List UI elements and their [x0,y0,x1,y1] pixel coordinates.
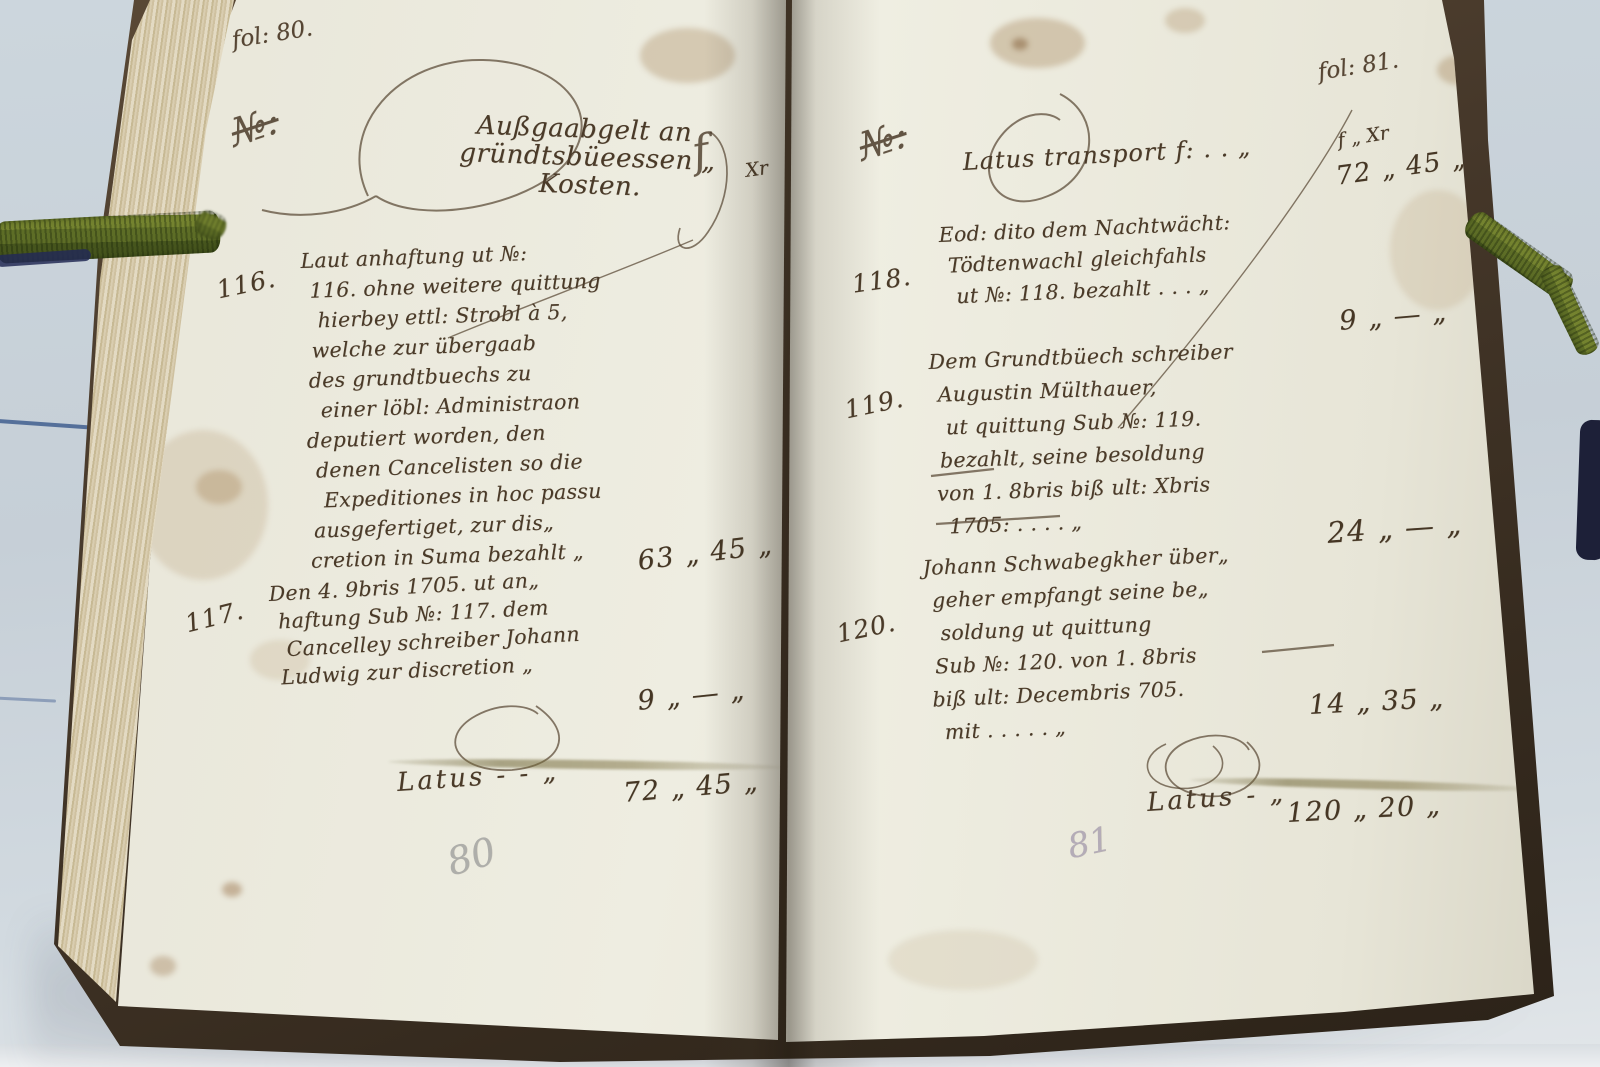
folio-label: fol: 80. [230,15,314,53]
entry-number: 120. [834,608,898,649]
latus-label: Latus - „ [1146,778,1287,818]
entry-amount: 9 „ — „ [636,675,747,717]
pencil-folio-number: 81 [1064,819,1115,867]
entry-text: Den 4. 9bris 1705. ut an„haftung Sub №: … [268,564,582,692]
entry-amount: 9 „ — „ [1338,297,1449,337]
table-seam-line [0,696,56,702]
entry-number: 119. [842,384,906,425]
latus-amount: 120 „ 20 „ [1286,790,1442,829]
currency-header: f „ Xr [1336,122,1390,152]
entry-text: Eod: dito dem Nachtwächt:Tödtenwachl gle… [938,207,1234,313]
no-symbol: №: [228,97,282,156]
stain [888,930,1038,990]
stain [1012,38,1028,50]
stain [640,28,735,83]
entry-text: Laut anhaftung ut №:116. ohne weitere qu… [300,236,611,576]
stain [150,956,176,976]
stain [222,882,242,897]
entry-number: 116. [214,264,278,305]
pencil-folio-number: 80 [442,829,501,885]
latus-amount: 72 „ 45 „ [622,766,760,809]
entry-number: 118. [850,262,913,299]
stain [196,470,242,504]
currency-kreuzer-header: Xr [744,157,769,182]
entry-amount: 24 „ — „ [1326,507,1464,550]
ribbon-tie-right-dark-end [1576,420,1600,561]
latus-transport-label: Latus transport f: . . „ [962,133,1252,176]
entry-text: Johann Schwabegkher über„geher empfangt … [922,539,1237,750]
entry-amount: 14 „ 35 „ [1308,683,1445,721]
stain [1165,8,1205,33]
entry-text: Dem Grundtbüech schreiberAugustin Mültha… [928,335,1239,544]
entry-amount: 63 „ 45 „ [636,529,775,576]
entry-number: 117. [182,596,247,639]
photo-of-open-ledger: fol: 80. №: Außgaabgelt angründtsbüeesse… [0,0,1600,1067]
stain [990,18,1085,68]
transport-amount: 72 „ 45 „ [1334,144,1468,192]
no-symbol: №: [856,111,910,170]
folio-label: fol: 81. [1316,47,1400,85]
